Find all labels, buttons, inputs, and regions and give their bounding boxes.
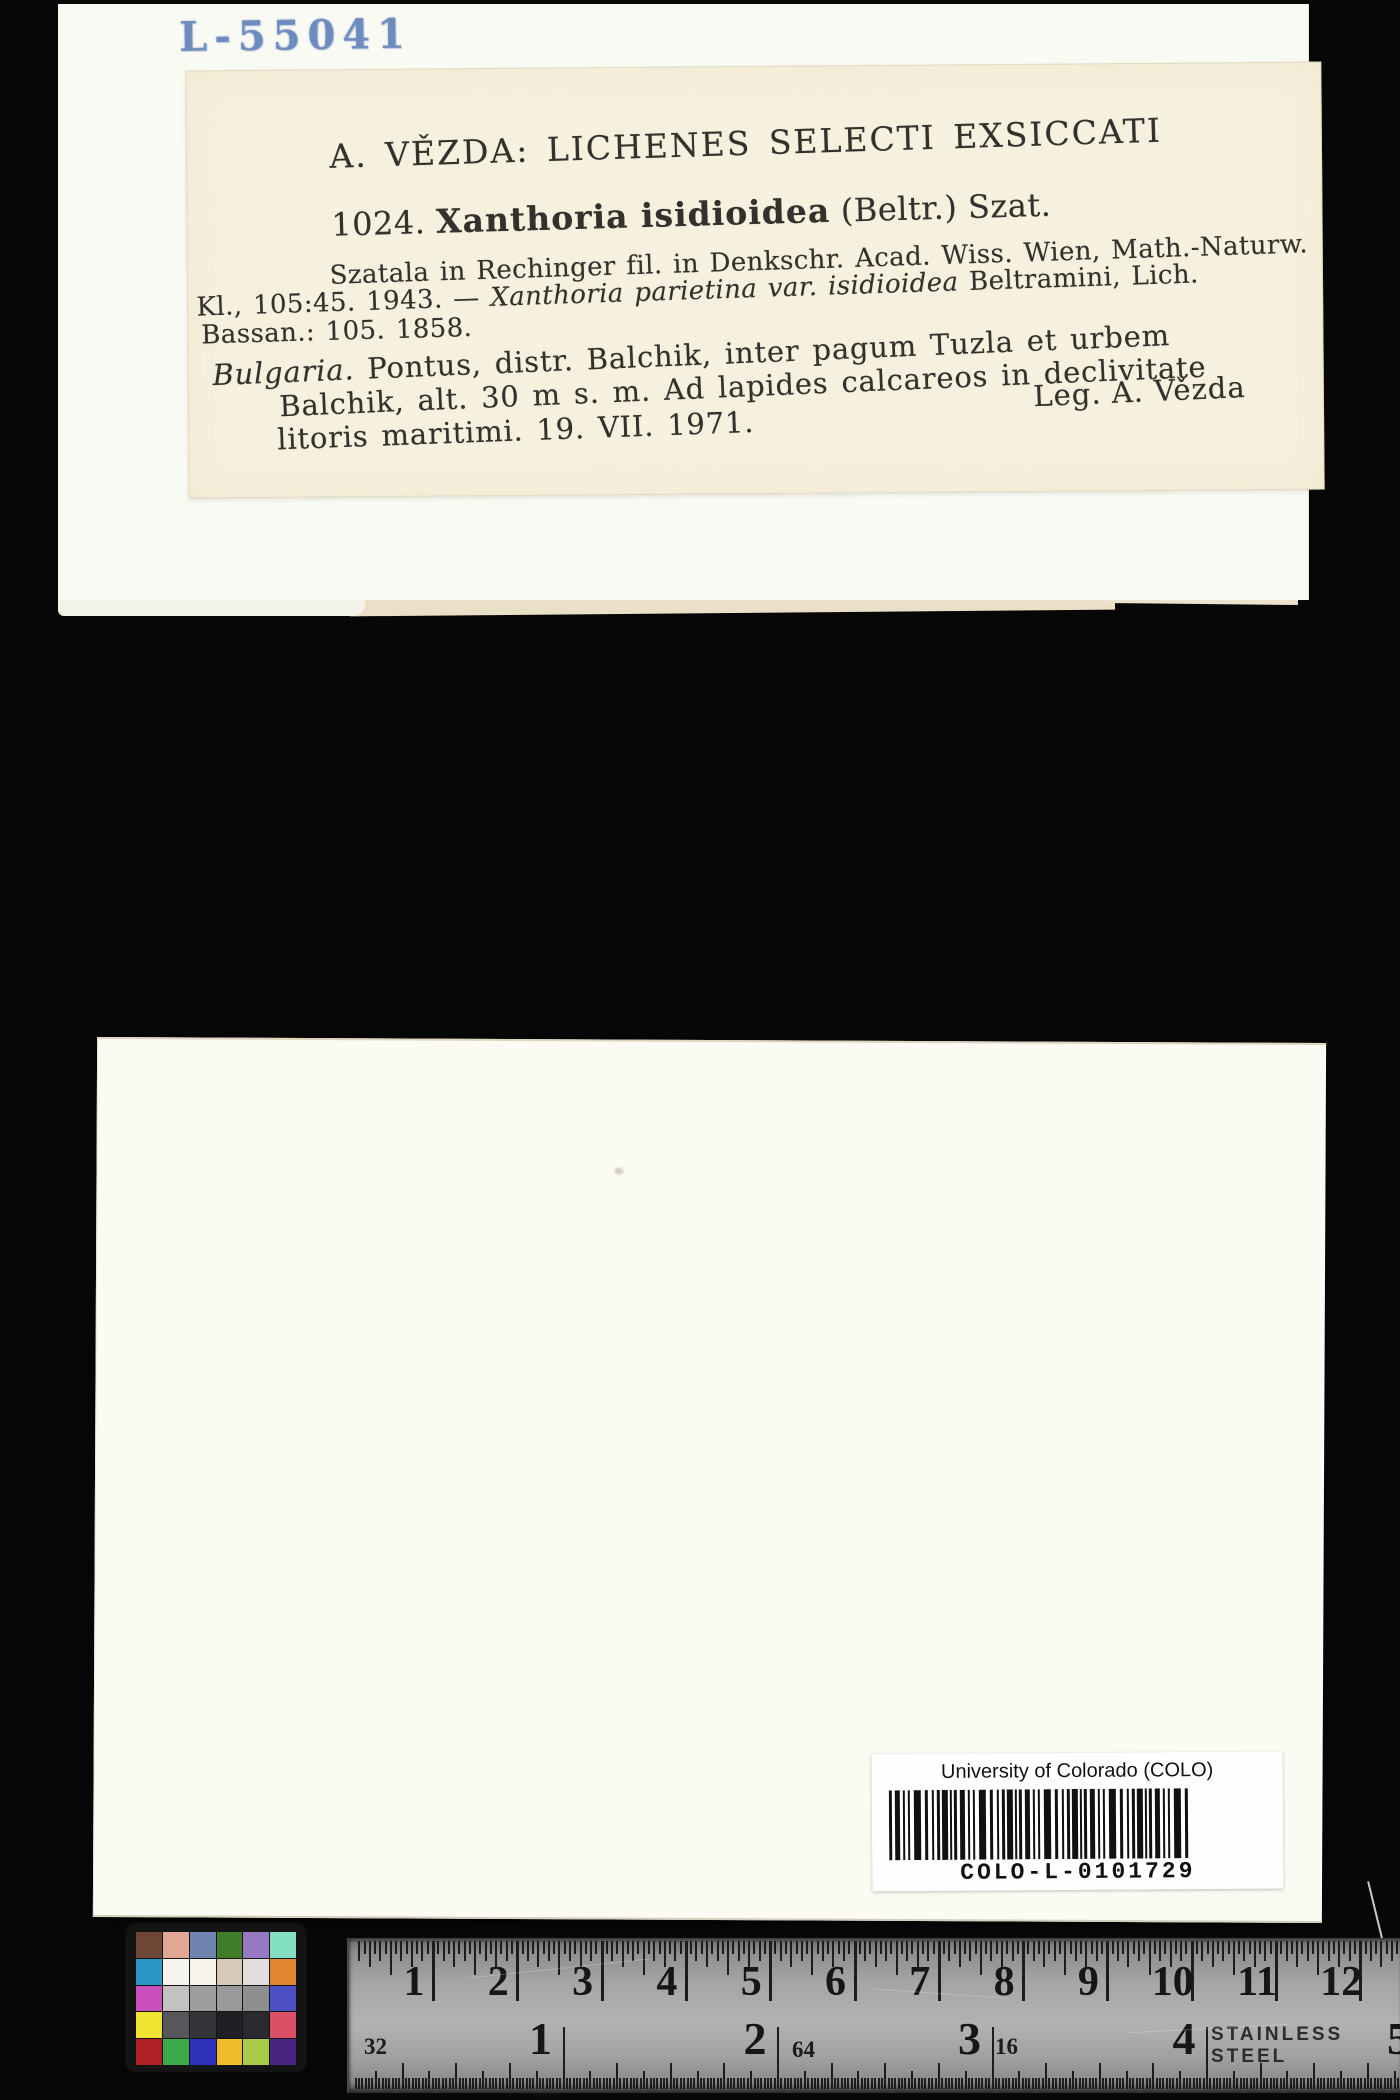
ruler-tick-top: [1333, 1941, 1335, 1954]
barcode-bar: [1155, 1788, 1160, 1858]
ruler-tick-bottom: [928, 2078, 930, 2089]
ruler-tick-top: [1117, 1941, 1119, 1961]
ruler-tick-bottom: [737, 2078, 739, 2089]
ruler-tick-top: [406, 1941, 408, 1954]
ruler-tick-bottom: [442, 2078, 444, 2089]
ruler-tick-bottom: [609, 2078, 611, 2089]
ruler-tick-top: [801, 1941, 803, 1961]
ruler-fraction-label-32: 32: [364, 2034, 387, 2060]
ruler-tick-bottom: [1337, 2078, 1339, 2089]
ruler-tick-bottom: [1280, 2078, 1282, 2089]
ruler-tick-bottom: [1025, 2078, 1027, 2089]
barcode-bar: [895, 1790, 900, 1860]
ruler-tick-bottom: [532, 2078, 534, 2089]
ruler-tick-bottom: [1189, 2078, 1191, 2089]
ruler-tick-bottom: [1307, 2078, 1309, 2089]
ruler-tick-bottom: [971, 2078, 973, 2089]
ruler-tick-top: [769, 1941, 772, 2001]
ruler-tick-bottom: [619, 2078, 621, 2089]
ruler-tick-top: [685, 1941, 688, 2001]
ruler-tick-bottom: [904, 2078, 906, 2089]
ruler-tick-bottom: [811, 2078, 813, 2089]
barcode-bar: [1084, 1789, 1087, 1859]
ruler-tick-bottom: [1149, 2078, 1151, 2089]
ruler-tick-top: [1091, 1941, 1093, 1954]
ruler-tick-top: [464, 1941, 466, 1961]
ruler-tick-bottom: [924, 2078, 926, 2089]
barcode-bar: [1090, 1789, 1095, 1859]
ruler-tick-bottom: [1136, 2078, 1138, 2089]
species-name: Xanthoria isidioidea: [435, 191, 830, 241]
ruler-tick-bottom: [1116, 2078, 1118, 2089]
ruler-tick-top: [1370, 1941, 1372, 1961]
ruler-tick-bottom: [817, 2078, 819, 2089]
ruler-tick-top: [1322, 1941, 1324, 1954]
ruler-tick-bottom: [1387, 2078, 1389, 2089]
ruler-tick-bottom: [1122, 2078, 1124, 2089]
ruler-tick-bottom: [1052, 2078, 1054, 2089]
ruler-tick-top: [1317, 1941, 1319, 1975]
ruler-tick-bottom: [398, 2078, 400, 2089]
ruler-tick-bottom: [767, 2078, 769, 2089]
ruler-fraction-label-64: 64: [792, 2037, 815, 2063]
ruler-tick-top: [1291, 1941, 1293, 1954]
ruler-tick-top: [1380, 1941, 1382, 1967]
ruler-tick-bottom: [516, 2078, 518, 2089]
ruler-tick-bottom: [710, 2078, 712, 2089]
ruler-tick-bottom: [1142, 2078, 1144, 2089]
ruler-tick-bottom: [445, 2078, 447, 2089]
ruler-tick-bottom: [1092, 2078, 1094, 2089]
ruler-tick-bottom: [1340, 2071, 1342, 2089]
ruler-tick-bottom: [1226, 2078, 1228, 2089]
ruler-tick-top: [1259, 1941, 1261, 1954]
ruler-tick-bottom: [378, 2078, 380, 2089]
ruler-tick-top: [1006, 1941, 1008, 1954]
ruler-tick-bottom: [1270, 2078, 1272, 2089]
ruler-tick-top: [416, 1941, 418, 1954]
ruler-tick-bottom: [938, 2063, 940, 2089]
ruler-tick-top: [1396, 1941, 1398, 1954]
ruler-tick-bottom: [968, 2078, 970, 2089]
ruler-tick-bottom: [901, 2078, 903, 2089]
ruler-tick-bottom: [774, 2078, 776, 2089]
ruler-tick-bottom: [673, 2078, 675, 2089]
ruler-tick-bottom: [857, 2071, 859, 2089]
ruler-tick-top: [1164, 1941, 1166, 1954]
ruler-tick-bottom: [1105, 2078, 1107, 2089]
ruler-tick-top: [906, 1941, 908, 1961]
ruler-tick-bottom: [1330, 2078, 1332, 2089]
ruler-tick-bottom: [804, 2071, 806, 2089]
ruler-tick-bottom: [1119, 2078, 1121, 2089]
ruler-tick-bottom: [559, 2078, 561, 2089]
ruler-tick-bottom: [851, 2078, 853, 2089]
ruler-tick-top: [864, 1941, 866, 1961]
ruler-tick-top: [648, 1941, 650, 1954]
ruler-tick-bottom: [653, 2078, 655, 2089]
ruler-tick-bottom: [576, 2078, 578, 2089]
ruler-tick-bottom: [733, 2078, 735, 2089]
ruler-tick-bottom: [908, 2078, 910, 2089]
ruler-tick-bottom: [683, 2078, 685, 2089]
ruler-tick-bottom: [1233, 2071, 1235, 2089]
color-patch-r3c1: [136, 1986, 162, 2012]
ruler-tick-bottom: [465, 2078, 467, 2089]
color-patch-r5c4: [217, 2039, 243, 2065]
ruler-inch-number-9: 9: [1078, 1958, 1099, 2006]
ruler-tick-bottom: [935, 2078, 937, 2089]
color-patch-r4c3: [190, 2012, 216, 2038]
ruler-tick-top: [848, 1941, 850, 1954]
ruler-tick-top: [774, 1941, 776, 1954]
ruler-tick-bottom: [961, 2078, 963, 2089]
ruler-tick-top: [859, 1941, 861, 1954]
ruler-tick-bottom: [911, 2071, 913, 2089]
ruler-tick-bottom: [1223, 2078, 1225, 2089]
ruler-tick-bottom: [1377, 2078, 1379, 2089]
color-patch-r1c1: [136, 1932, 162, 1958]
color-patch-r1c5: [243, 1932, 269, 1958]
ruler-tick-top: [880, 1941, 882, 1954]
ruler-tick-top: [701, 1941, 703, 1954]
ruler-tick-top: [564, 1941, 566, 1954]
ruler-tick-bottom: [878, 2078, 880, 2089]
barcode-bar: [932, 1790, 934, 1860]
color-patch-r2c6: [270, 1959, 296, 1985]
ruler-tick-bottom: [1394, 2071, 1396, 2089]
color-patch-r5c1: [136, 2039, 162, 2065]
ruler-tick-bottom: [368, 2078, 370, 2089]
color-patch-r5c6: [270, 2039, 296, 2065]
ruler-tick-bottom: [519, 2078, 521, 2089]
ruler-tick-top: [490, 1941, 492, 1954]
ruler-tick-bottom: [1374, 2078, 1376, 2089]
ruler-tick-bottom: [656, 2078, 658, 2089]
ruler-tick-bottom: [1364, 2078, 1366, 2089]
ruler-inch-number-6: 6: [825, 1958, 846, 2006]
color-patch-r2c2: [163, 1959, 189, 1985]
ruler-tick-bottom: [526, 2078, 528, 2089]
ruler-tick-top: [854, 1941, 857, 2001]
ruler-tick-bottom: [502, 2078, 504, 2089]
ruler-tick-top: [838, 1941, 840, 1954]
ruler-tick-bottom: [1199, 2078, 1201, 2089]
color-patch-r3c4: [217, 1986, 243, 2012]
ruler-tick-top: [1027, 1941, 1029, 1954]
ruler-tick-top: [585, 1941, 587, 1954]
ruler-tick-bottom: [1162, 2078, 1164, 2089]
ruler-tick-top: [901, 1941, 903, 1954]
barcode-bar: [968, 1790, 970, 1860]
ruler-tick-top: [500, 1941, 502, 1954]
ruler-tick-top: [669, 1941, 671, 1954]
ruler-tick-bottom: [874, 2078, 876, 2089]
ruler-tick-bottom: [358, 2078, 360, 2089]
ruler-tick-top: [516, 1941, 519, 2001]
ruler-tick-bottom: [435, 2078, 437, 2089]
barcode-bar: [1019, 1789, 1022, 1859]
ruler-tick-top: [785, 1941, 787, 1954]
ruler-tick-bottom: [693, 2078, 695, 2089]
ruler-tick-top: [616, 1941, 618, 1954]
ruler-tick-top: [1354, 1941, 1356, 1954]
ruler-tick-bottom: [546, 2078, 548, 2089]
barcode-bar: [908, 1790, 910, 1860]
barcode-bar: [914, 1790, 921, 1860]
ruler-tick-bottom: [1176, 2078, 1178, 2089]
ruler-tick-bottom: [1166, 2078, 1168, 2089]
barcode-bar: [954, 1790, 957, 1860]
color-patch-r4c5: [243, 2012, 269, 2038]
ruler-tick-top: [1149, 1941, 1151, 1975]
ruler-tick-top: [1154, 1941, 1156, 1954]
ruler-tick-bottom: [1240, 2078, 1242, 2089]
barcode-bar: [1072, 1789, 1078, 1859]
ruler-tick-bottom: [509, 2063, 511, 2089]
ruler-inch-number-2: 2: [488, 1958, 509, 2006]
barcode-bar: [997, 1790, 999, 1860]
barcode-bar: [1033, 1789, 1035, 1859]
ruler-tick-bottom: [603, 2078, 605, 2089]
barcode-bar: [1062, 1789, 1064, 1859]
barcode-bar: [1145, 1789, 1147, 1859]
ruler-tick-top: [1301, 1941, 1303, 1954]
ruler-tick-bottom: [593, 2078, 595, 2089]
ruler-tick-bottom: [697, 2071, 699, 2089]
ruler-tick-bottom: [680, 2078, 682, 2089]
ruler-tick-top: [732, 1941, 734, 1954]
ruler-tick-bottom: [727, 2078, 729, 2089]
ruler-tick-bottom: [1283, 2078, 1285, 2089]
ruler-tick-bottom: [522, 2078, 524, 2089]
ruler-tick-bottom: [747, 2078, 749, 2089]
barcode-bar: [1044, 1789, 1051, 1859]
ruler-tick-bottom: [640, 2078, 642, 2089]
ruler-tick-top: [400, 1941, 402, 1961]
ruler-tick-top: [1228, 1941, 1230, 1954]
barcode-bar: [1080, 1789, 1082, 1859]
ruler-tick-bottom: [1129, 2078, 1131, 2089]
ruler-tick-bottom: [606, 2078, 608, 2089]
color-patch-r1c2: [163, 1932, 189, 1958]
ruler-tick-top: [485, 1941, 487, 1961]
ruler-tick-top: [606, 1941, 608, 1954]
ruler-tick-top: [448, 1941, 450, 1954]
ruler-tick-top: [806, 1941, 808, 1954]
ruler-tick-bottom: [770, 2078, 772, 2089]
accession-number-stamp: L-55041: [179, 10, 413, 61]
ruler-tick-bottom: [1353, 2078, 1355, 2089]
ruler-tick-top: [427, 1941, 429, 1954]
ruler-tick-bottom: [1300, 2078, 1302, 2089]
ruler-tick-top: [395, 1941, 397, 1954]
ruler-tick-top: [537, 1941, 539, 1967]
ruler-tick-bottom: [985, 2078, 987, 2089]
ruler-tick-bottom: [1293, 2078, 1295, 2089]
color-checker-grid: [136, 1932, 296, 2065]
ruler-tick-top: [1101, 1941, 1103, 1954]
ruler-tick-bottom: [1126, 2071, 1128, 2089]
ruler-tick-bottom: [1099, 2063, 1101, 2089]
color-patch-r5c2: [163, 2039, 189, 2065]
color-patch-r3c6: [270, 1986, 296, 2012]
ruler-tick-bottom: [945, 2078, 947, 2089]
ruler-tick-bottom: [1263, 2078, 1265, 2089]
ruler-tick-top: [975, 1941, 977, 1954]
ruler-tick-top: [1386, 1941, 1388, 1954]
ruler-tick-top: [690, 1941, 692, 1954]
citation-line-3: Bassan.: 105. 1858.: [201, 313, 473, 351]
ruler-tick-top: [727, 1941, 729, 1975]
ruler-tick-bottom: [1048, 2078, 1050, 2089]
ruler-tick-bottom: [1193, 2078, 1195, 2089]
ruler-tick-top: [1233, 1941, 1235, 1975]
ruler-tick-top: [1112, 1941, 1114, 1954]
ruler-tick-bottom: [630, 2078, 632, 2089]
ruler-tick-bottom: [1018, 2071, 1020, 2089]
barcode-bar: [979, 1790, 986, 1860]
ruler-tick-bottom: [790, 2078, 792, 2089]
ruler-tick-bottom: [988, 2078, 990, 2089]
color-patch-r2c1: [136, 1959, 162, 1985]
ruler-tick-top: [869, 1941, 871, 1954]
ruler-tick-bottom: [1045, 2063, 1047, 2089]
ruler-tick-bottom: [385, 2078, 387, 2089]
ruler-tick-top: [1296, 1941, 1298, 1967]
ruler-tick-bottom: [1035, 2078, 1037, 2089]
ruler-tick-bottom: [1079, 2078, 1081, 2089]
barcode-bar: [1025, 1789, 1030, 1859]
barcode-bar: [903, 1790, 905, 1860]
barcode-bar: [1120, 1789, 1123, 1859]
ruler-tick-top: [943, 1941, 945, 1954]
ruler-tick-top: [511, 1941, 513, 1954]
ruler-tick-top: [474, 1941, 476, 1975]
ruler-tick-bottom: [1085, 2078, 1087, 2089]
ruler-inch-number-12: 12: [1320, 1958, 1362, 2006]
ruler-tick-bottom: [864, 2078, 866, 2089]
ruler-tick-bottom: [388, 2078, 390, 2089]
ruler-tick-top: [1217, 1941, 1219, 1954]
ruler-tick-top: [479, 1941, 481, 1954]
ruler-tick-bottom: [703, 2078, 705, 2089]
ruler-tick-bottom: [512, 2078, 514, 2089]
ruler-tick-bottom: [599, 2078, 601, 2089]
ruler-tick-bottom: [992, 2027, 994, 2089]
ruler-tick-bottom: [831, 2063, 833, 2089]
ruler-tick-bottom: [415, 2078, 417, 2089]
ruler-tick-bottom: [941, 2078, 943, 2089]
ruler-tick-bottom: [563, 2027, 565, 2089]
ruler-tick-bottom: [1132, 2078, 1134, 2089]
barcode-bar: [960, 1790, 965, 1860]
ruler-tick-top: [743, 1941, 745, 1954]
ruler-tick-top: [822, 1941, 824, 1961]
ruler-tick-bottom: [579, 2078, 581, 2089]
ruler-tick-bottom: [1360, 2078, 1362, 2089]
ruler-tick-bottom: [1102, 2078, 1104, 2089]
ruler-tick-top: [527, 1941, 529, 1961]
ruler-fraction-label-16: 16: [995, 2034, 1018, 2060]
ruler-tick-bottom: [1179, 2071, 1181, 2089]
ruler-tick-top: [632, 1941, 634, 1961]
ruler-tick-top: [1106, 1941, 1109, 2001]
ruler-tick-bottom: [1082, 2078, 1084, 2089]
ruler-tick-bottom: [951, 2078, 953, 2089]
ruler-inch-number-10: 10: [1152, 1958, 1194, 2006]
ruler-tick-bottom: [432, 2078, 434, 2089]
color-patch-r5c5: [243, 2039, 269, 2065]
ruler-tick-bottom: [687, 2078, 689, 2089]
ruler-tick-bottom: [1109, 2078, 1111, 2089]
ruler-tick-bottom: [827, 2078, 829, 2089]
ruler-tick-bottom: [633, 2078, 635, 2089]
ruler-tick-top: [680, 1941, 682, 1954]
ruler-tick-bottom: [459, 2078, 461, 2089]
ruler-tick-bottom: [1095, 2078, 1097, 2089]
ruler-tick-bottom: [552, 2078, 554, 2089]
ruler-tick-top: [885, 1941, 887, 1961]
ruler-tick-bottom: [1069, 2078, 1071, 2089]
barcode-bar: [889, 1790, 892, 1860]
ruler-tick-bottom: [489, 2078, 491, 2089]
ruler-tick-top: [1307, 1941, 1309, 1961]
barcode-bar: [1007, 1789, 1013, 1859]
ruler-tick-bottom: [676, 2078, 678, 2089]
ruler-tick-bottom: [723, 2063, 725, 2089]
ruler-tick-bottom: [1286, 2071, 1288, 2089]
barcode-bar: [1137, 1789, 1143, 1859]
ruler-tick-bottom: [914, 2078, 916, 2089]
ruler-tick-bottom: [1320, 2078, 1322, 2089]
specimen-photo: L-55041 A. VĚZDA: LICHENES SELECTI EXSIC…: [0, 0, 1400, 2100]
ruler-tick-bottom: [1038, 2078, 1040, 2089]
color-patch-r2c3: [190, 1959, 216, 1985]
ruler-tick-bottom: [1002, 2078, 1004, 2089]
ruler-tick-top: [1122, 1941, 1124, 1954]
ruler-tick-bottom: [861, 2078, 863, 2089]
ruler-tick-bottom: [626, 2078, 628, 2089]
ruler-tick-top: [1222, 1941, 1224, 1961]
ruler-tick-top: [369, 1941, 371, 1967]
ruler-tick-bottom: [1333, 2078, 1335, 2089]
barcode-bar: [973, 1790, 975, 1860]
ruler-tick-bottom: [636, 2078, 638, 2089]
color-patch-r5c3: [190, 2039, 216, 2065]
ruler-tick-bottom: [1015, 2078, 1017, 2089]
ruler-tick-top: [611, 1941, 613, 1961]
ruler-tick-bottom: [1327, 2078, 1329, 2089]
ruler-tick-bottom: [1075, 2078, 1077, 2089]
ruler-tick-top: [522, 1941, 524, 1954]
ruler-bottom-number-1: 1: [529, 2012, 552, 2065]
ruler-tick-bottom: [663, 2078, 665, 2089]
ruler-tick-bottom: [797, 2078, 799, 2089]
ruler-tick-bottom: [1196, 2078, 1198, 2089]
ruler-tick-top: [622, 1941, 624, 1967]
ruler-tick-top: [1175, 1941, 1177, 1954]
ruler-tick-bottom: [405, 2078, 407, 2089]
ruler-tick-top: [790, 1941, 792, 1967]
ruler-tick-bottom: [1253, 2078, 1255, 2089]
ruler-tick-bottom: [1250, 2078, 1252, 2089]
ruler-tick-bottom: [1186, 2078, 1188, 2089]
barcode-bar: [990, 1790, 993, 1860]
ruler-tick-top: [385, 1941, 387, 1954]
ruler-tick-bottom: [1062, 2078, 1064, 2089]
ruler-tick-top: [1270, 1941, 1272, 1954]
